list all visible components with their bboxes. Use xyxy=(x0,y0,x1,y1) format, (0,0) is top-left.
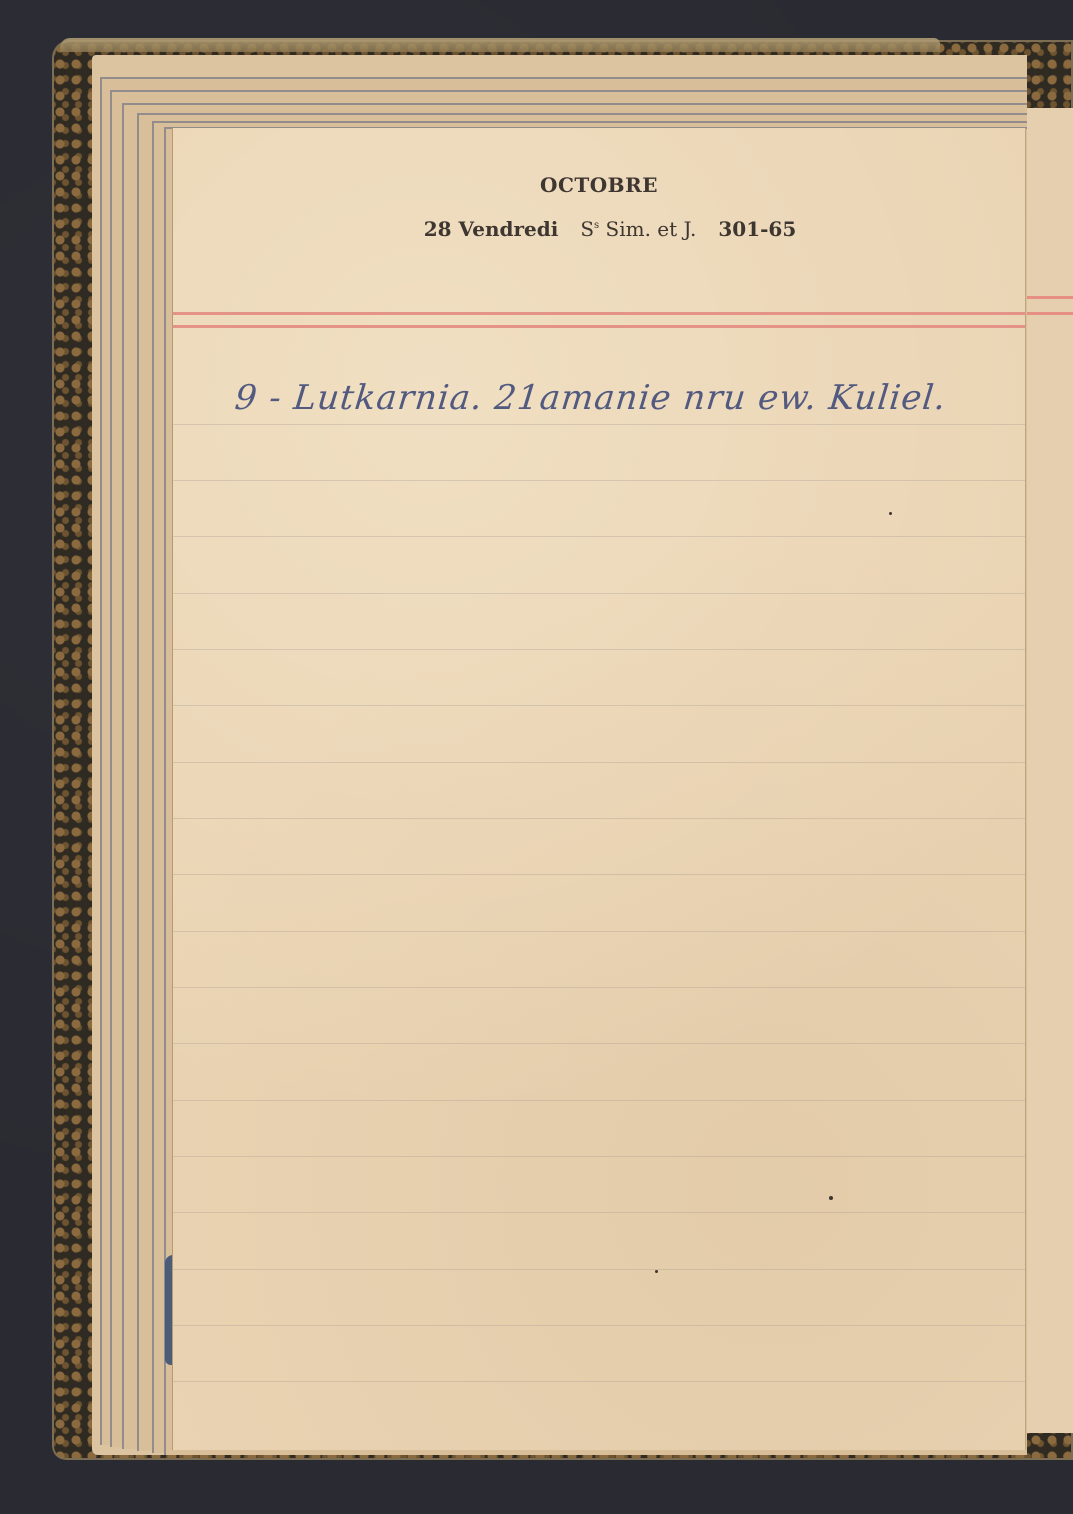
page-header: OCTOBRE 28 Vendredi Ss Sim. et J. 301-65 xyxy=(173,173,1025,241)
saint-of-day: Ss Sim. et J. xyxy=(580,217,696,241)
facing-red-line xyxy=(1024,296,1073,299)
handwritten-entry: 9 - Lutkarnia. 21amanie nru ew. Kuliel. xyxy=(233,378,948,418)
ruled-line xyxy=(173,649,1025,650)
cover-top-edge xyxy=(60,38,940,52)
day-of-year: 301-65 xyxy=(718,217,796,241)
ruled-line xyxy=(173,818,1025,819)
ruled-line xyxy=(173,874,1025,875)
month-title: OCTOBRE xyxy=(173,173,1025,197)
ruled-line xyxy=(173,1043,1025,1044)
day-number: 28 xyxy=(424,217,452,241)
ruled-line xyxy=(173,1212,1025,1213)
red-header-line xyxy=(173,325,1025,328)
ruled-line xyxy=(173,1156,1025,1157)
paper-speck xyxy=(655,1270,658,1273)
day-label: 28 Vendredi xyxy=(424,217,559,241)
facing-page xyxy=(1022,108,1073,1433)
ruled-line xyxy=(173,480,1025,481)
facing-red-line xyxy=(1024,312,1073,315)
ruled-line xyxy=(173,762,1025,763)
ruled-line xyxy=(173,536,1025,537)
saint-superscript: s xyxy=(594,220,599,231)
ruled-line xyxy=(173,987,1025,988)
paper-speck xyxy=(829,1196,833,1200)
date-line: 28 Vendredi Ss Sim. et J. 301-65 xyxy=(173,217,1025,241)
diary-page: OCTOBRE 28 Vendredi Ss Sim. et J. 301-65… xyxy=(172,128,1025,1450)
ruled-line xyxy=(173,1325,1025,1326)
ruled-line xyxy=(173,424,1025,425)
ruled-line xyxy=(173,931,1025,932)
paper-speck xyxy=(889,512,892,515)
saint-name: Sim. et J. xyxy=(606,217,697,241)
red-header-line xyxy=(173,312,1025,315)
ruled-line xyxy=(173,593,1025,594)
ruled-line xyxy=(173,1269,1025,1270)
ruled-line xyxy=(173,1381,1025,1382)
ruled-line xyxy=(173,1100,1025,1101)
saint-prefix: S xyxy=(580,217,594,241)
ruled-line xyxy=(173,705,1025,706)
weekday: Vendredi xyxy=(459,217,559,241)
